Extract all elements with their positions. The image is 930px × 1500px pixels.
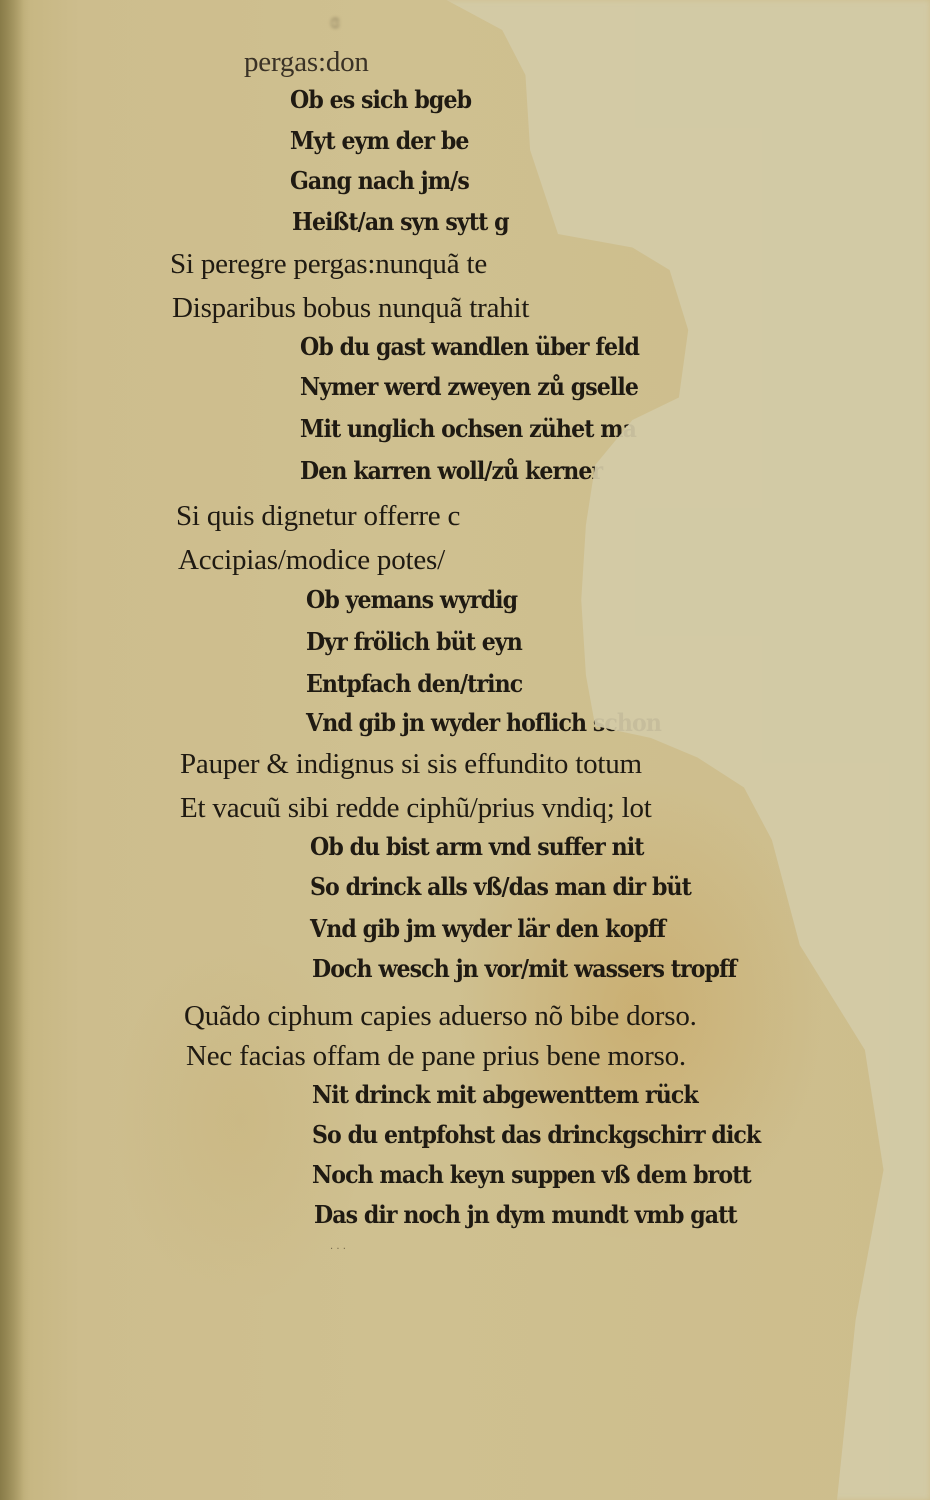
german-line: Doch wesch jn vor/mit wassers tropff xyxy=(312,954,736,983)
german-line: Ob du bist arm vnd suffer nit xyxy=(310,832,644,861)
german-line: Heißt/an syn sytt g xyxy=(292,207,509,236)
latin-line: Quãdo ciphum capies aduerso nõ bibe dors… xyxy=(184,1000,697,1033)
latin-line: Et vacuũ sibi redde ciphũ/prius vndiq; l… xyxy=(180,792,652,825)
german-line: Nymer werd zweyen zů gselle xyxy=(300,372,638,401)
german-line: Gang nach jm/s xyxy=(290,166,469,195)
latin-line: Disparibus bobus nunquã trahit xyxy=(172,292,529,325)
german-line: Ob du gast wandlen über feld xyxy=(300,332,639,361)
latin-line: Si peregre pergas:nunquã te xyxy=(170,248,487,281)
german-line: Nit drinck mit abgewenttem rück xyxy=(312,1080,698,1109)
german-line: Myt eym der be xyxy=(290,126,469,155)
german-line: Mit unglich ochsen zühet ma xyxy=(300,414,636,443)
ink-specks: · · · xyxy=(330,1244,346,1255)
latin-line: Pauper & indignus si sis effundito totum xyxy=(180,748,642,781)
show-through-mark: ɞ xyxy=(330,8,340,34)
latin-line: pergas:don xyxy=(244,46,369,79)
german-line: Entpfach den/trinc xyxy=(306,669,522,698)
german-line: Vnd gib jm wyder lär den kopff xyxy=(310,914,665,943)
german-line: Ob es sich bgeb xyxy=(290,85,471,114)
german-line: Ob yemans wyrdig xyxy=(306,585,517,614)
german-line: Noch mach keyn suppen vß dem brott xyxy=(312,1160,751,1189)
german-line: Dyr frölich büt eyn xyxy=(306,627,522,656)
german-line: Das dir noch jn dym mundt vmb gatt xyxy=(314,1200,737,1229)
latin-line: Si quis dignetur offerre c xyxy=(176,500,460,533)
german-line: Den karren woll/zů kerner xyxy=(300,456,602,485)
german-line: So du entpfohst das drinckgschirr dick xyxy=(312,1120,760,1149)
latin-line: Accipias/modice potes/ xyxy=(178,544,445,577)
german-line: So drinck alls vß/das man dir büt xyxy=(310,872,691,901)
latin-line: Nec facias offam de pane prius bene mors… xyxy=(186,1040,686,1073)
